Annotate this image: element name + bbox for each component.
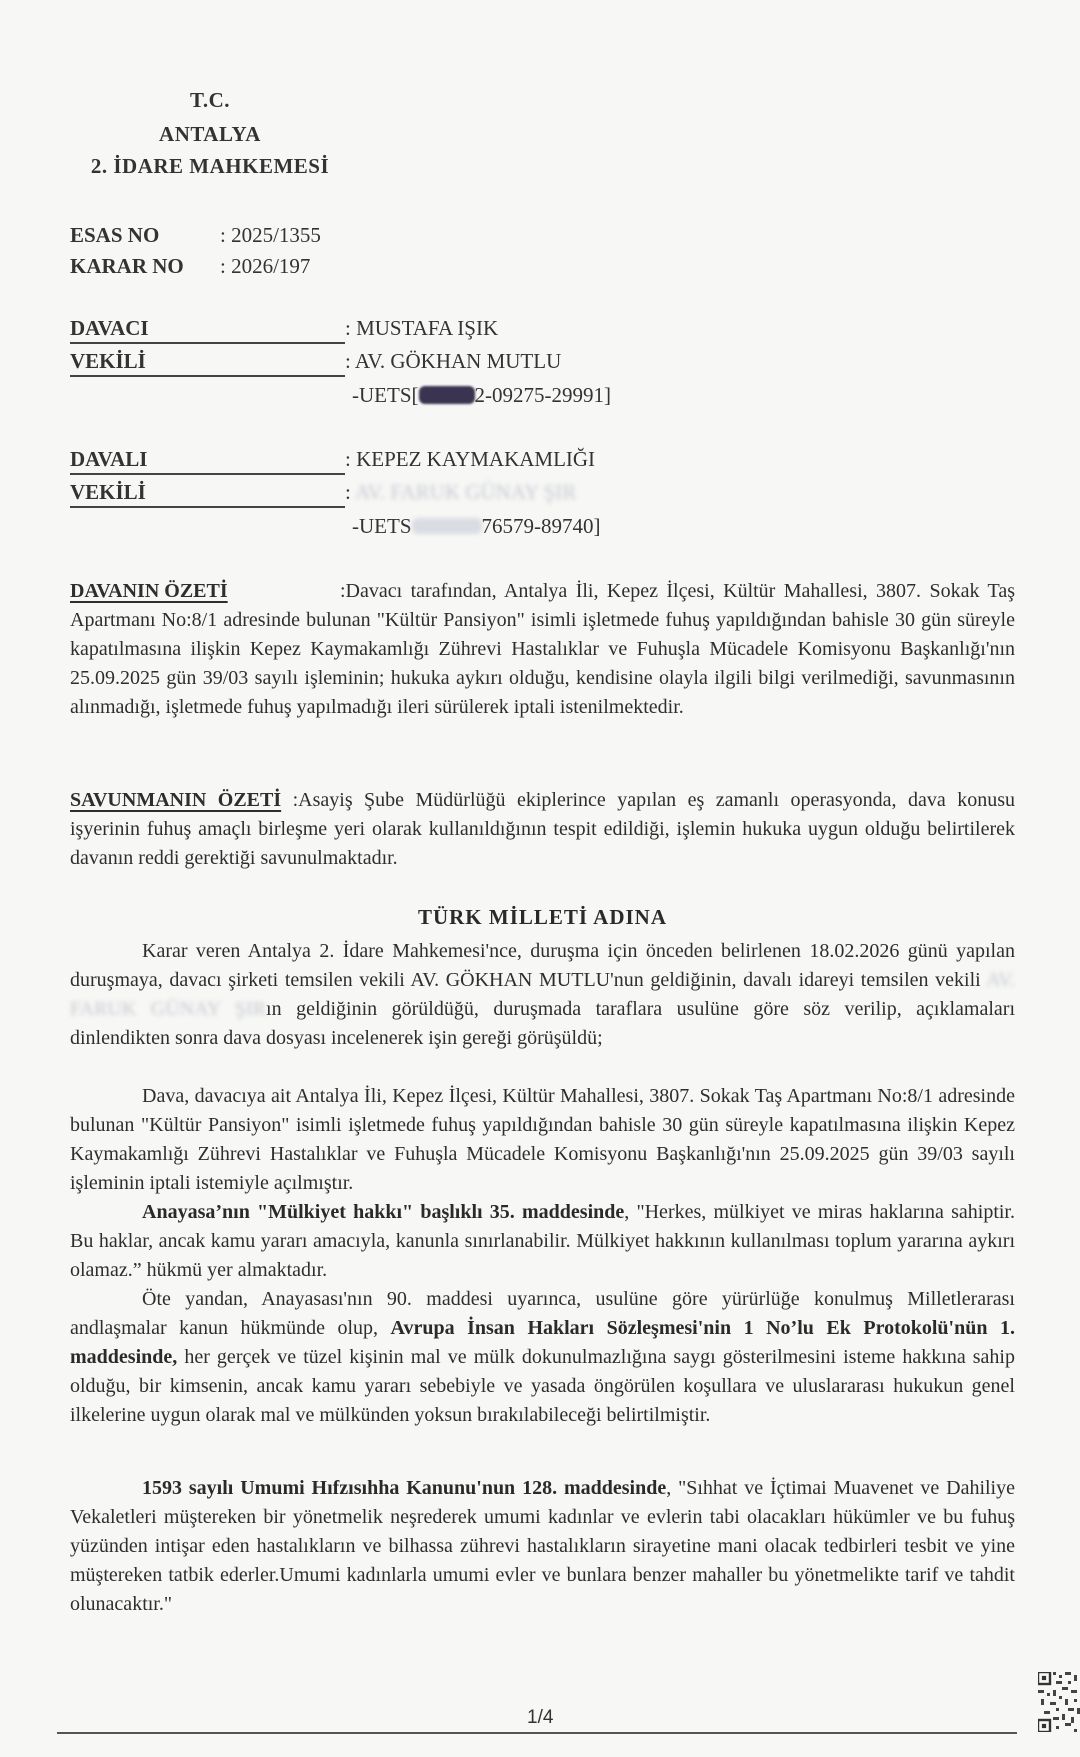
- defense-summary-heading: SAVUNMANIN ÖZETİ: [70, 789, 281, 811]
- paragraph-constitution-35: Anayasa’nın "Mülkiyet hakkı" başlıklı 35…: [70, 1198, 1015, 1285]
- defendant-counsel-underline: [70, 506, 345, 508]
- defendant-counsel-name: : AV. FARUK GÜNAY ŞIR: [345, 480, 576, 505]
- case-summary: DAVANIN ÖZETİ:Davacı tarafından, Antalya…: [70, 577, 1015, 722]
- redacted-text: AV. FARUK GÜNAY ŞIR: [355, 480, 576, 504]
- defendant-label: DAVALI: [70, 447, 147, 472]
- esas-no-label: ESAS NO: [70, 223, 220, 248]
- karar-no-label: KARAR NO: [70, 254, 220, 279]
- paragraph-hygiene-law: 1593 sayılı Umumi Hıfzısıhha Kanunu'nun …: [70, 1474, 1015, 1619]
- case-summary-heading: DAVANIN ÖZETİ: [70, 577, 340, 606]
- header-tc: T.C.: [140, 88, 280, 113]
- karar-no-value: : 2026/197: [220, 254, 310, 278]
- karar-no-row: KARAR NO: 2026/197: [70, 254, 310, 279]
- esas-no-row: ESAS NO: 2025/1355: [70, 223, 321, 248]
- plaintiff-name: : MUSTAFA IŞIK: [345, 316, 498, 341]
- page-number: 1/4: [527, 1707, 553, 1729]
- plaintiff-uets: -UETS[2-09275-29991]: [352, 383, 611, 408]
- redaction-mark: [419, 386, 475, 404]
- plaintiff-counsel-label: VEKİLİ: [70, 349, 146, 374]
- header-city: ANTALYA: [140, 122, 280, 147]
- defense-summary: SAVUNMANIN ÖZETİ :Asayiş Şube Müdürlüğü …: [70, 786, 1015, 873]
- plaintiff-label: DAVACI: [70, 316, 149, 341]
- defendant-name: : KEPEZ KAYMAKAMLIĞI: [345, 447, 595, 472]
- defendant-uets: -UETS76579-89740]: [352, 514, 601, 539]
- plaintiff-counsel-underline: [70, 375, 345, 377]
- footer-rule: [57, 1732, 1017, 1734]
- paragraph-echr: Öte yandan, Anayasası'nın 90. maddesi uy…: [70, 1285, 1015, 1430]
- defendant-counsel-label: VEKİLİ: [70, 480, 146, 505]
- verdict-title-wrap: TÜRK MİLLETİ ADINA: [70, 905, 1015, 930]
- header-court: 2. İDARE MAHKEMESİ: [60, 154, 360, 179]
- plaintiff-underline: [70, 342, 345, 344]
- defendant-underline: [70, 473, 345, 475]
- esas-no-value: : 2025/1355: [220, 223, 321, 247]
- paragraph-case: Dava, davacıya ait Antalya İli, Kepez İl…: [70, 1082, 1015, 1198]
- redaction-mark: [412, 518, 482, 534]
- qr-code-icon: [1038, 1672, 1080, 1732]
- verdict-title: TÜRK MİLLETİ ADINA: [70, 905, 1015, 930]
- plaintiff-counsel-name: : AV. GÖKHAN MUTLU: [345, 349, 561, 374]
- paragraph-hearing: Karar veren Antalya 2. İdare Mahkemesi'n…: [70, 937, 1015, 1053]
